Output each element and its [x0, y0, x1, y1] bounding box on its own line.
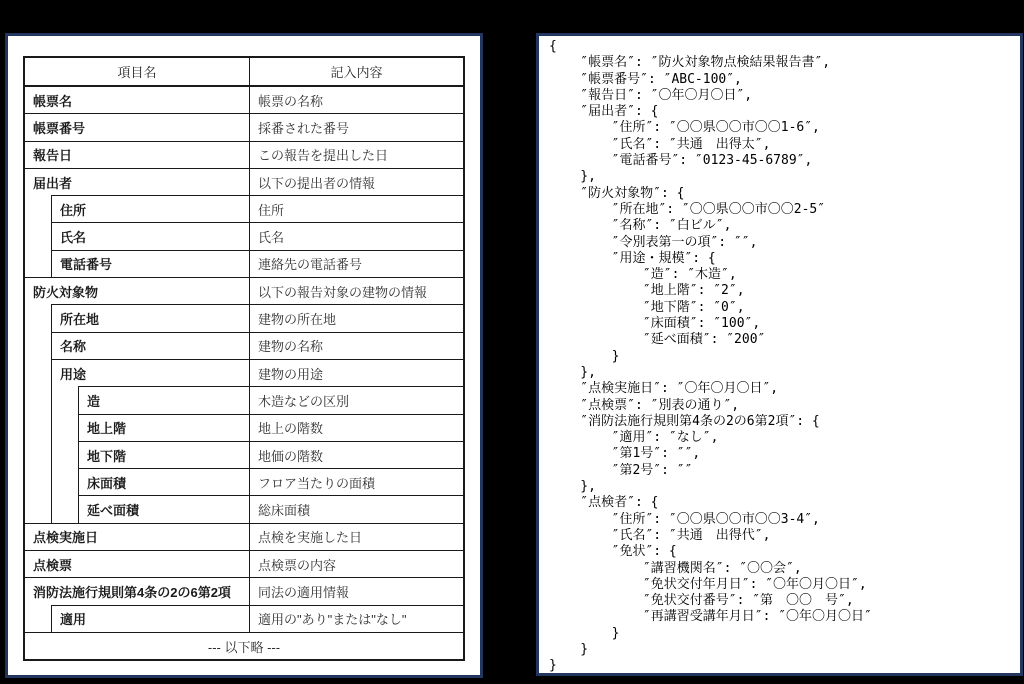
- item-desc-cell: 適用の"あり"または"なし": [249, 605, 463, 632]
- header-entry-content: 記入内容: [249, 58, 463, 85]
- item-name-cell: 延べ面積: [79, 495, 249, 522]
- item-desc-cell: 連絡先の電話番号: [249, 250, 463, 277]
- table-footer-label: --- 以下略 ---: [25, 632, 463, 659]
- table-row: 消防法施行規則第4条の2の6第2項同法の適用情報: [25, 577, 463, 604]
- item-desc-cell: この報告を提出した日: [249, 141, 463, 168]
- item-desc-cell: 地価の階数: [249, 441, 463, 468]
- item-name-cell: 適用: [52, 605, 249, 632]
- table-row: 帳票名帳票の名称: [25, 86, 463, 113]
- item-desc-cell: 住所: [249, 195, 463, 222]
- item-name-cell: 帳票名: [25, 86, 249, 113]
- indent-cell: [52, 495, 79, 522]
- table-row: 防火対象物以下の報告対象の建物の情報: [25, 277, 463, 304]
- item-desc-cell: 点検票の内容: [249, 550, 463, 577]
- indent-cell: [25, 495, 52, 522]
- table-footer-row: --- 以下略 ---: [25, 632, 463, 659]
- item-name-cell: 地上階: [79, 414, 249, 441]
- table-row: 住所住所: [25, 195, 463, 222]
- spec-table: 項目名 記入内容 帳票名帳票の名称帳票番号採番された番号報告日この報告を提出した…: [23, 56, 465, 661]
- table-row: 地下階地価の階数: [25, 441, 463, 468]
- indent-cell: [25, 222, 52, 249]
- item-name-cell: 地下階: [79, 441, 249, 468]
- item-desc-cell: 地上の階数: [249, 414, 463, 441]
- item-name-cell: 名称: [52, 332, 249, 359]
- table-row: 点検実施日点検を実施した日: [25, 523, 463, 550]
- item-name-cell: 造: [79, 386, 249, 413]
- item-name-cell: 点検実施日: [25, 523, 249, 550]
- table-row: 延べ面積総床面積: [25, 495, 463, 522]
- indent-cell: [25, 332, 52, 359]
- item-name-cell: 届出者: [25, 168, 249, 195]
- indent-cell: [25, 605, 52, 632]
- item-name-cell: 帳票番号: [25, 113, 249, 140]
- table-header-row: 項目名 記入内容: [25, 58, 463, 86]
- json-code-block: { ″帳票名″: ″防火対象物点検結果報告書″, ″帳票番号″: ″ABC-10…: [539, 36, 1020, 675]
- page-background: 項目名 記入内容 帳票名帳票の名称帳票番号採番された番号報告日この報告を提出した…: [0, 0, 1024, 684]
- header-item-name: 項目名: [25, 58, 249, 85]
- item-name-cell: 消防法施行規則第4条の2の6第2項: [25, 577, 249, 604]
- table-row: 名称建物の名称: [25, 332, 463, 359]
- item-desc-cell: 総床面積: [249, 495, 463, 522]
- indent-cell: [25, 304, 52, 331]
- item-desc-cell: 点検を実施した日: [249, 523, 463, 550]
- spec-table-panel: 項目名 記入内容 帳票名帳票の名称帳票番号採番された番号報告日この報告を提出した…: [5, 33, 483, 678]
- table-rows: 帳票名帳票の名称帳票番号採番された番号報告日この報告を提出した日届出者以下の提出…: [25, 86, 463, 632]
- table-row: 床面積フロア当たりの面積: [25, 468, 463, 495]
- indent-cell: [52, 441, 79, 468]
- table-row: 氏名氏名: [25, 222, 463, 249]
- item-desc-cell: 帳票の名称: [249, 86, 463, 113]
- indent-cell: [25, 441, 52, 468]
- item-desc-cell: 建物の用途: [249, 359, 463, 386]
- item-name-cell: 住所: [52, 195, 249, 222]
- item-desc-cell: 以下の提出者の情報: [249, 168, 463, 195]
- table-row: 電話番号連絡先の電話番号: [25, 250, 463, 277]
- indent-cell: [52, 414, 79, 441]
- indent-cell: [52, 468, 79, 495]
- table-row: 帳票番号採番された番号: [25, 113, 463, 140]
- indent-cell: [25, 414, 52, 441]
- item-name-cell: 防火対象物: [25, 277, 249, 304]
- indent-cell: [25, 359, 52, 386]
- indent-cell: [25, 195, 52, 222]
- json-code-panel: { ″帳票名″: ″防火対象物点検結果報告書″, ″帳票番号″: ″ABC-10…: [536, 33, 1023, 676]
- indent-cell: [25, 250, 52, 277]
- table-row: 所在地建物の所在地: [25, 304, 463, 331]
- item-desc-cell: 木造などの区別: [249, 386, 463, 413]
- item-desc-cell: 氏名: [249, 222, 463, 249]
- table-row: 点検票点検票の内容: [25, 550, 463, 577]
- item-name-cell: 用途: [52, 359, 249, 386]
- item-name-cell: 氏名: [52, 222, 249, 249]
- item-desc-cell: 同法の適用情報: [249, 577, 463, 604]
- table-row: 地上階地上の階数: [25, 414, 463, 441]
- table-row: 届出者以下の提出者の情報: [25, 168, 463, 195]
- indent-cell: [25, 468, 52, 495]
- indent-cell: [25, 386, 52, 413]
- item-desc-cell: 建物の名称: [249, 332, 463, 359]
- item-name-cell: 電話番号: [52, 250, 249, 277]
- item-name-cell: 床面積: [79, 468, 249, 495]
- item-name-cell: 点検票: [25, 550, 249, 577]
- table-row: 用途建物の用途: [25, 359, 463, 386]
- table-row: 適用適用の"あり"または"なし": [25, 605, 463, 632]
- item-desc-cell: 採番された番号: [249, 113, 463, 140]
- table-row: 報告日この報告を提出した日: [25, 141, 463, 168]
- item-name-cell: 報告日: [25, 141, 249, 168]
- item-name-cell: 所在地: [52, 304, 249, 331]
- indent-cell: [52, 386, 79, 413]
- item-desc-cell: 以下の報告対象の建物の情報: [249, 277, 463, 304]
- item-desc-cell: 建物の所在地: [249, 304, 463, 331]
- item-desc-cell: フロア当たりの面積: [249, 468, 463, 495]
- table-row: 造木造などの区別: [25, 386, 463, 413]
